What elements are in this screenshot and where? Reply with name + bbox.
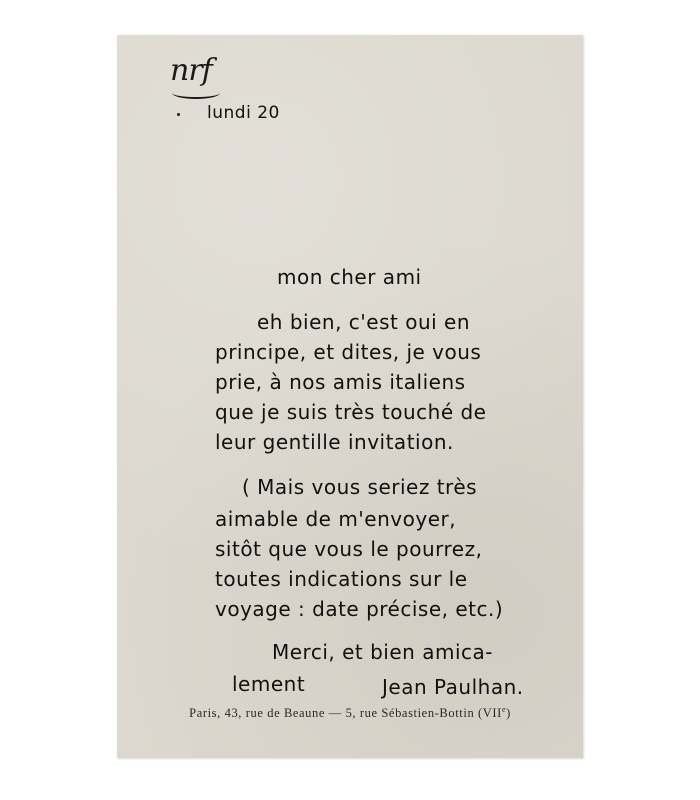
- letterhead-footer: Paris, 43, rue de Beaune — 5, rue Sébast…: [117, 705, 583, 721]
- letter-date: lundi 20: [207, 103, 280, 123]
- nrf-logo: nrf: [170, 53, 212, 88]
- body-line: sitôt que vous le pourrez,: [215, 537, 482, 561]
- body-line: toutes indications sur le: [215, 567, 468, 591]
- body-line: principe, et dites, je vous: [215, 340, 481, 364]
- body-line: lement: [232, 672, 305, 696]
- letter-paper: nrf lundi 20 mon cher ami eh bien, c'est…: [117, 35, 583, 758]
- body-line: que je suis très touché de: [215, 400, 486, 424]
- body-line: prie, à nos amis italiens: [215, 370, 466, 394]
- body-line: leur gentille invitation.: [215, 430, 454, 454]
- body-line: aimable de m'envoyer,: [215, 507, 456, 531]
- body-line: eh bien, c'est oui en: [257, 310, 470, 334]
- salutation: mon cher ami: [277, 265, 422, 289]
- footer-close: ): [506, 706, 511, 720]
- body-line: Merci, et bien amica-: [272, 640, 493, 664]
- footer-address: Paris, 43, rue de Beaune — 5, rue Sébast…: [189, 706, 502, 720]
- ink-dot: [177, 113, 180, 116]
- logo-swash-decoration: [172, 87, 220, 99]
- body-line: voyage : date précise, etc.): [215, 597, 503, 621]
- body-line: ( Mais vous seriez très: [242, 475, 477, 499]
- signature: Jean Paulhan.: [382, 675, 524, 699]
